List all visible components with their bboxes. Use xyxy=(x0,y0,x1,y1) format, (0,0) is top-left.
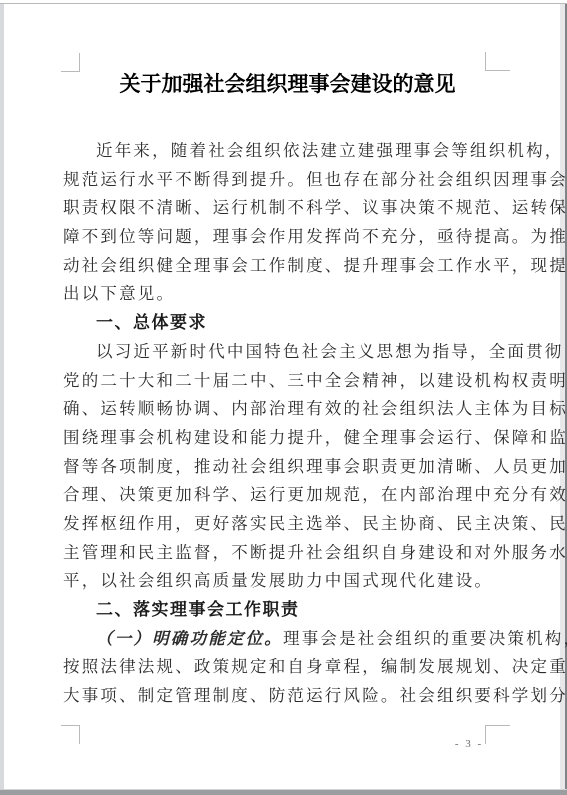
emphasized-text: （一）明确功能定位。 xyxy=(96,629,283,648)
body-line: 确、运转顺畅协调、内部治理有效的社会组织法人主体为目标， xyxy=(63,395,513,424)
document-title: 关于加强社会组织理事会建设的意见 xyxy=(62,68,513,98)
document-body: 近年来，随着社会组织依法建立建强理事会等组织机构，规范运行水平不断得到提升。但也… xyxy=(63,137,513,711)
body-line: 督等各项制度，推动社会组织理事会职责更加清晰、人员更加 xyxy=(63,453,513,482)
body-line: 以习近平新时代中国特色社会主义思想为指导，全面贯彻 xyxy=(63,338,513,367)
body-line: 障不到位等问题，理事会作用发挥尚不充分，亟待提高。为推 xyxy=(63,223,513,252)
body-line: 出以下意见。 xyxy=(63,280,513,309)
body-line: 大事项、制定管理制度、防范运行风险。社会组织要科学划分 xyxy=(63,682,513,711)
body-line: 近年来，随着社会组织依法建立建强理事会等组织机构， xyxy=(63,137,513,166)
section-heading: 二、落实理事会工作职责 xyxy=(63,596,513,625)
body-line: 按照法律法规、政策规定和自身章程，编制发展规划、决定重 xyxy=(63,653,513,682)
document-page: 关于加强社会组织理事会建设的意见 近年来，随着社会组织依法建立建强理事会等组织机… xyxy=(0,0,567,795)
window-left-edge xyxy=(0,4,4,789)
body-line: 职责权限不清晰、运行机制不科学、议事决策不规范、运转保 xyxy=(63,194,513,223)
page-number: - 3 - xyxy=(448,738,490,750)
window-bottom-edge xyxy=(0,790,567,795)
body-line: 合理、决策更加科学、运行更加规范，在内部治理中充分有效 xyxy=(63,481,513,510)
body-line: 主管理和民主监督，不断提升社会组织自身建设和对外服务水 xyxy=(63,539,513,568)
body-line: 平，以社会组织高质量发展助力中国式现代化建设。 xyxy=(63,567,513,596)
body-line: 发挥枢纽作用，更好落实民主选举、民主协商、民主决策、民 xyxy=(63,510,513,539)
margin-crop-mark-bottom-left xyxy=(61,725,80,744)
body-line: （一）明确功能定位。理事会是社会组织的重要决策机构， xyxy=(63,625,513,654)
body-line: 规范运行水平不断得到提升。但也存在部分社会组织因理事会 xyxy=(63,166,513,195)
body-line: 围绕理事会机构建设和能力提升，健全理事会运行、保障和监 xyxy=(63,424,513,453)
body-text: 理事会是社会组织的重要决策机构， xyxy=(283,629,567,648)
section-heading: 一、总体要求 xyxy=(63,309,513,338)
window-top-edge xyxy=(0,3,567,4)
body-line: 动社会组织健全理事会工作制度、提升理事会工作水平，现提 xyxy=(63,252,513,281)
body-line: 党的二十大和二十届二中、三中全会精神，以建设机构权责明 xyxy=(63,367,513,396)
